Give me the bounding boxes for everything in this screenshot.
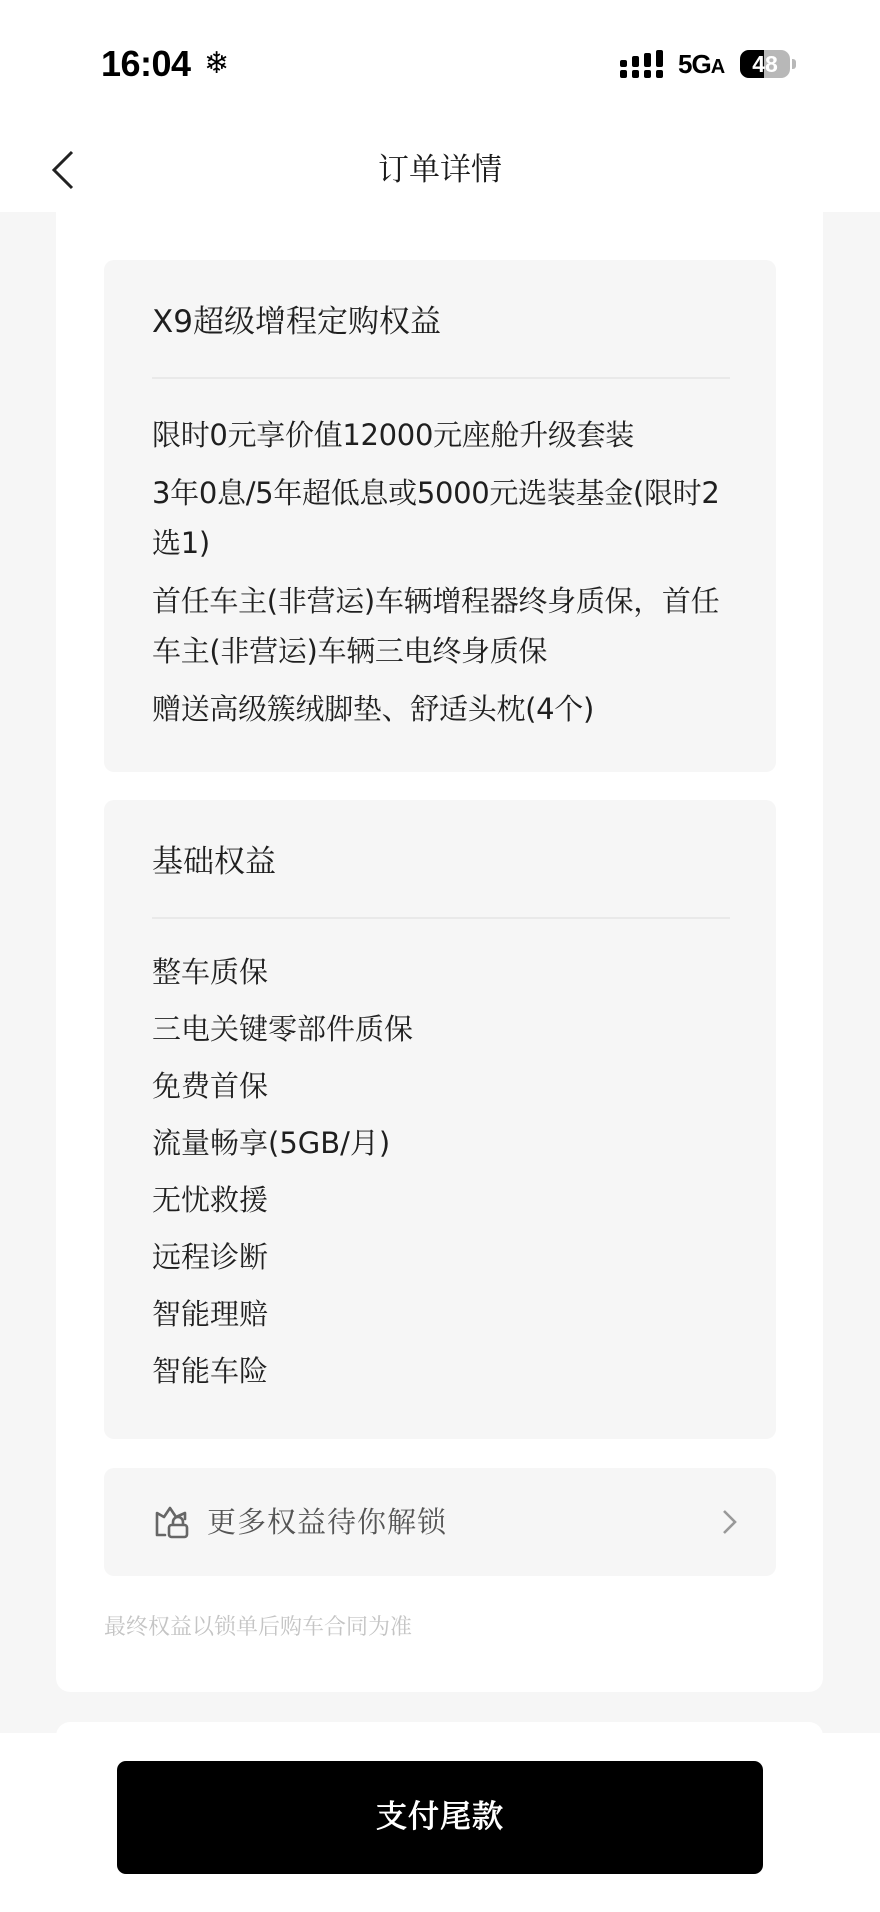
signal-icon [620,50,664,78]
battery-icon: 48 [740,50,790,78]
section-title: 基础权益 [152,838,276,886]
list-item: 3年0息/5年超低息或5000元选装基金(限时2选1) [152,468,736,568]
status-bar: 16:04 ❄ 5GA 48 [0,0,880,110]
bottom-action-bar: 支付尾款 [0,1733,880,1912]
nav-header: 订单详情 [0,110,880,212]
list-item: 智能理赔 [152,1286,736,1343]
divider [152,917,730,919]
chevron-right-icon [720,1508,740,1536]
divider [152,377,730,379]
network-suffix: A [711,56,724,78]
list-item: 限时0元享价值12000元座舱升级套装 [152,410,736,460]
benefit-list: 限时0元享价值12000元座舱升级套装 3年0息/5年超低息或5000元选装基金… [152,410,736,742]
battery-level: 48 [740,50,790,78]
network-label: 5G [678,49,711,79]
list-item: 整车质保 [152,944,736,1001]
snowflake-icon: ❄ [204,46,229,82]
list-item: 三电关键零部件质保 [152,1001,736,1058]
page-title: 订单详情 [0,146,880,194]
list-item: 赠送高级簇绒脚垫、舒适头枕(4个) [152,684,736,734]
crown-lock-icon [153,1503,191,1541]
list-item: 免费首保 [152,1058,736,1115]
network-type: 5GA [678,48,724,83]
disclaimer-note: 最终权益以锁单后购车合同为准 [104,1613,412,1643]
list-item: 远程诊断 [152,1229,736,1286]
list-item: 无忧救援 [152,1172,736,1229]
benefits-card: X9超级增程定购权益 限时0元享价值12000元座舱升级套装 3年0息/5年超低… [56,212,823,1692]
unlock-more-label: 更多权益待你解锁 [207,1498,447,1546]
unlock-more-benefits-row[interactable]: 更多权益待你解锁 [104,1468,776,1576]
basic-benefits-section: 基础权益 整车质保 三电关键零部件质保 免费首保 流量畅享(5GB/月) 无忧救… [104,800,776,1439]
battery-tip [792,59,796,69]
section-title: X9超级增程定购权益 [152,298,441,346]
benefit-list: 整车质保 三电关键零部件质保 免费首保 流量畅享(5GB/月) 无忧救援 远程诊… [152,944,736,1400]
list-item: 流量畅享(5GB/月) [152,1115,736,1172]
list-item: 首任车主(非营运)车辆增程器终身质保，首任车主(非营运)车辆三电终身质保 [152,576,736,676]
purchase-benefits-section: X9超级增程定购权益 限时0元享价值12000元座舱升级套装 3年0息/5年超低… [104,260,776,772]
pay-balance-button[interactable]: 支付尾款 [117,1761,763,1874]
status-time: 16:04 [101,44,191,84]
list-item: 智能车险 [152,1343,736,1400]
